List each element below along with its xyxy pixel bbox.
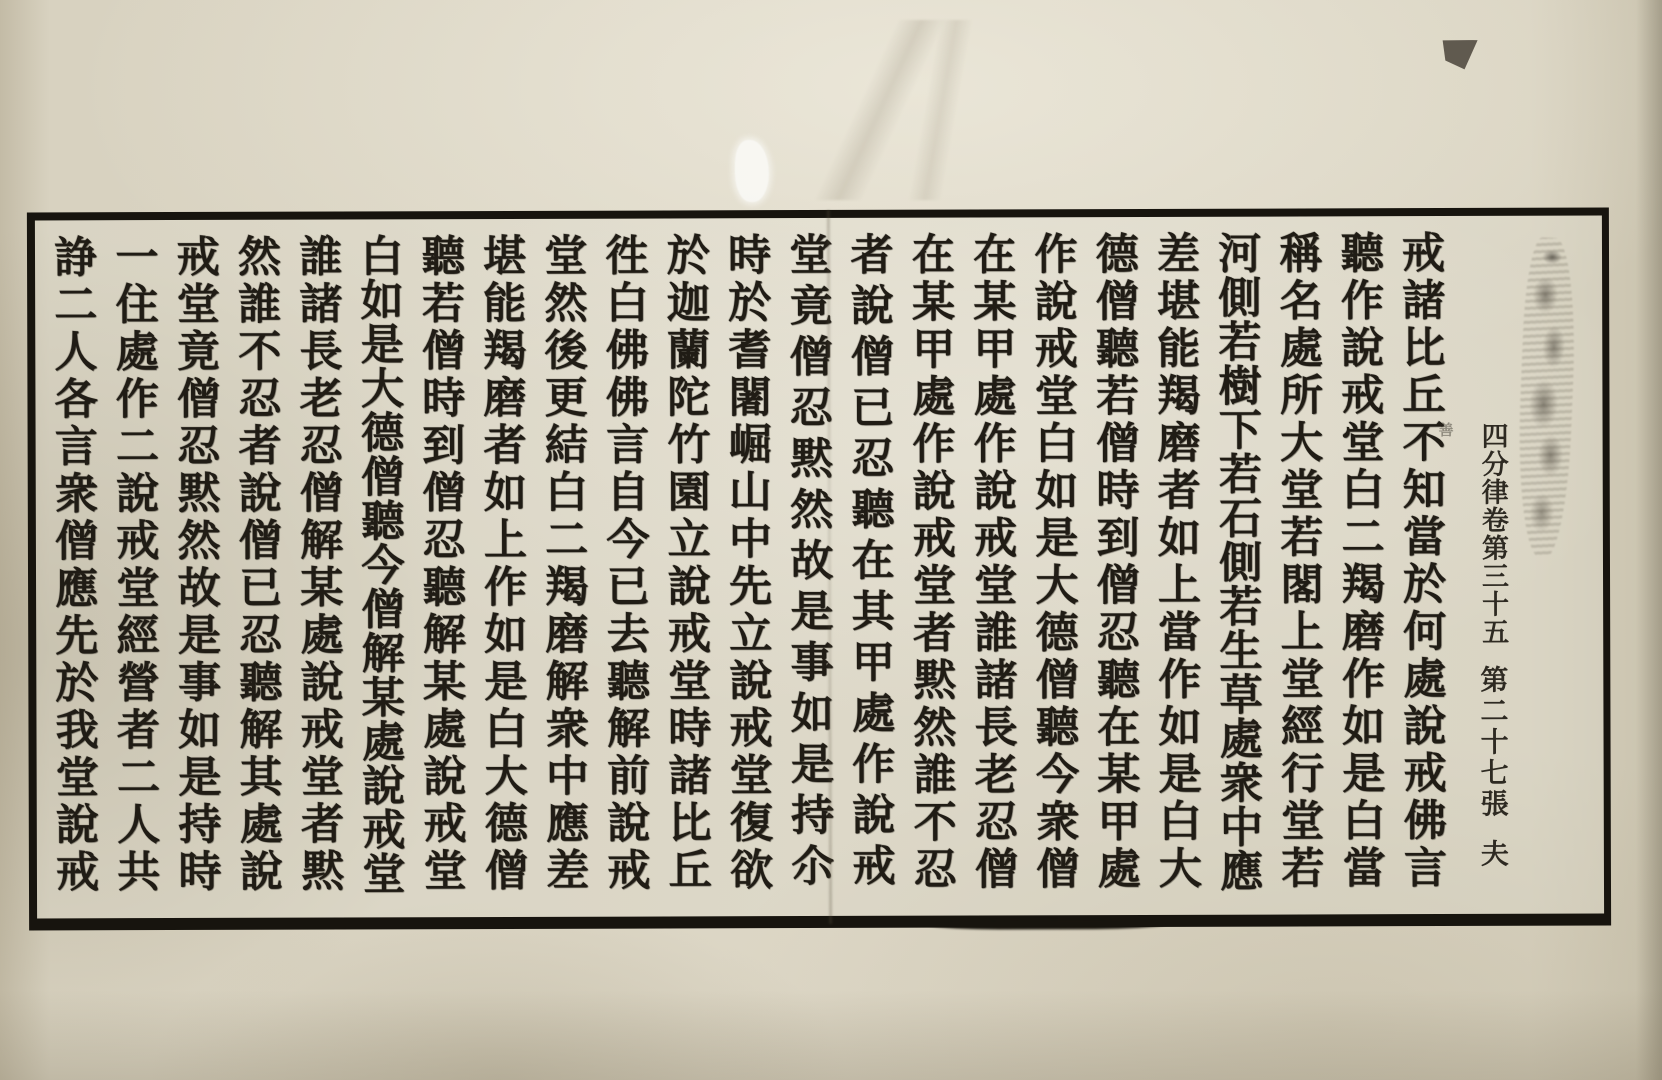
paper-repair-patch [735,140,769,202]
scanned-sutra-page: { "page": { "margin_label": { "title": "… [0,0,1662,1080]
paper-crease [620,20,1140,200]
text-column: 聽若僧時到僧忍聽解某處說戒堂 [408,233,471,901]
text-column: 稱名處所大堂若閣上堂經行堂若 [1266,230,1329,898]
text-column: 堂然後更結白二羯磨解衆中應差 [531,233,594,901]
collation-mark: 善 [1437,422,1455,437]
text-column: 堂竟僧忍黙然故是事如是持尒 [776,232,839,900]
text-column: 諍二人各言衆僧應先於我堂說戒 [41,234,104,902]
text-column: 誰諸長老忍僧解某處說戒堂者黙 [286,233,349,901]
corner-ink-fleck [1436,36,1479,74]
text-column: 作說戒堂白如是大德僧聽今衆僧 [1021,231,1084,899]
text-column: 徃白佛佛言自今已去聽解前說戒 [592,233,655,901]
paper-edge-shadow [1636,0,1662,1080]
paper-bottom-shade [0,990,1662,1080]
volume-margin-label: 四分律卷第三十五 第二十七張 夫 善 [1423,422,1516,898]
text-column: 在某甲處作說戒堂誰諸長老忍僧 [960,231,1023,899]
case-marker: 夫 [1477,839,1510,867]
text-column: 河側若樹下若石側若生草處衆中應 [1205,231,1268,899]
right-margin-zone: 四分律卷第三十五 第二十七張 夫 善 [1450,230,1600,898]
text-column: 聽作說戒堂白二羯磨作如是白當 [1327,230,1390,898]
text-column: 然誰不忍者說僧已忍聽解其處說 [225,234,288,902]
text-column: 者說僧已忍聽在其甲處作說戒 [837,232,900,900]
text-column: 在某甲處作說戒堂者黙然誰不忍 [899,232,962,900]
text-column: 差堪能羯磨者如上當作如是白大 [1144,231,1207,899]
sheet-number: 第二十七張 [1476,665,1509,820]
text-column: 白如是大德僧聽今僧解某處說戒堂 [347,233,410,901]
volume-title: 四分律卷第三十五 [1477,422,1509,646]
text-column: 時於耆闍崛山中先立說戒堂復欲 [715,232,778,900]
text-column: 堪能羯磨者如上作如是白大德僧 [470,233,533,901]
text-column: 戒堂竟僧忍黙然故是事如是持時 [163,234,226,902]
text-column: 於迦蘭陀竹園立說戒堂時諸比丘 [653,232,716,900]
text-column: 德僧聽若僧時到僧忍聽在某甲處 [1082,231,1145,899]
text-column: 一住處作二說戒堂經營者二人共 [102,234,165,902]
ink-smudge-stamp [1514,237,1579,559]
text-block-border: 四分律卷第三十五 第二十七張 夫 善 戒諸比丘不知當於何處說戒佛言 聽作說戒堂白… [27,208,1611,931]
